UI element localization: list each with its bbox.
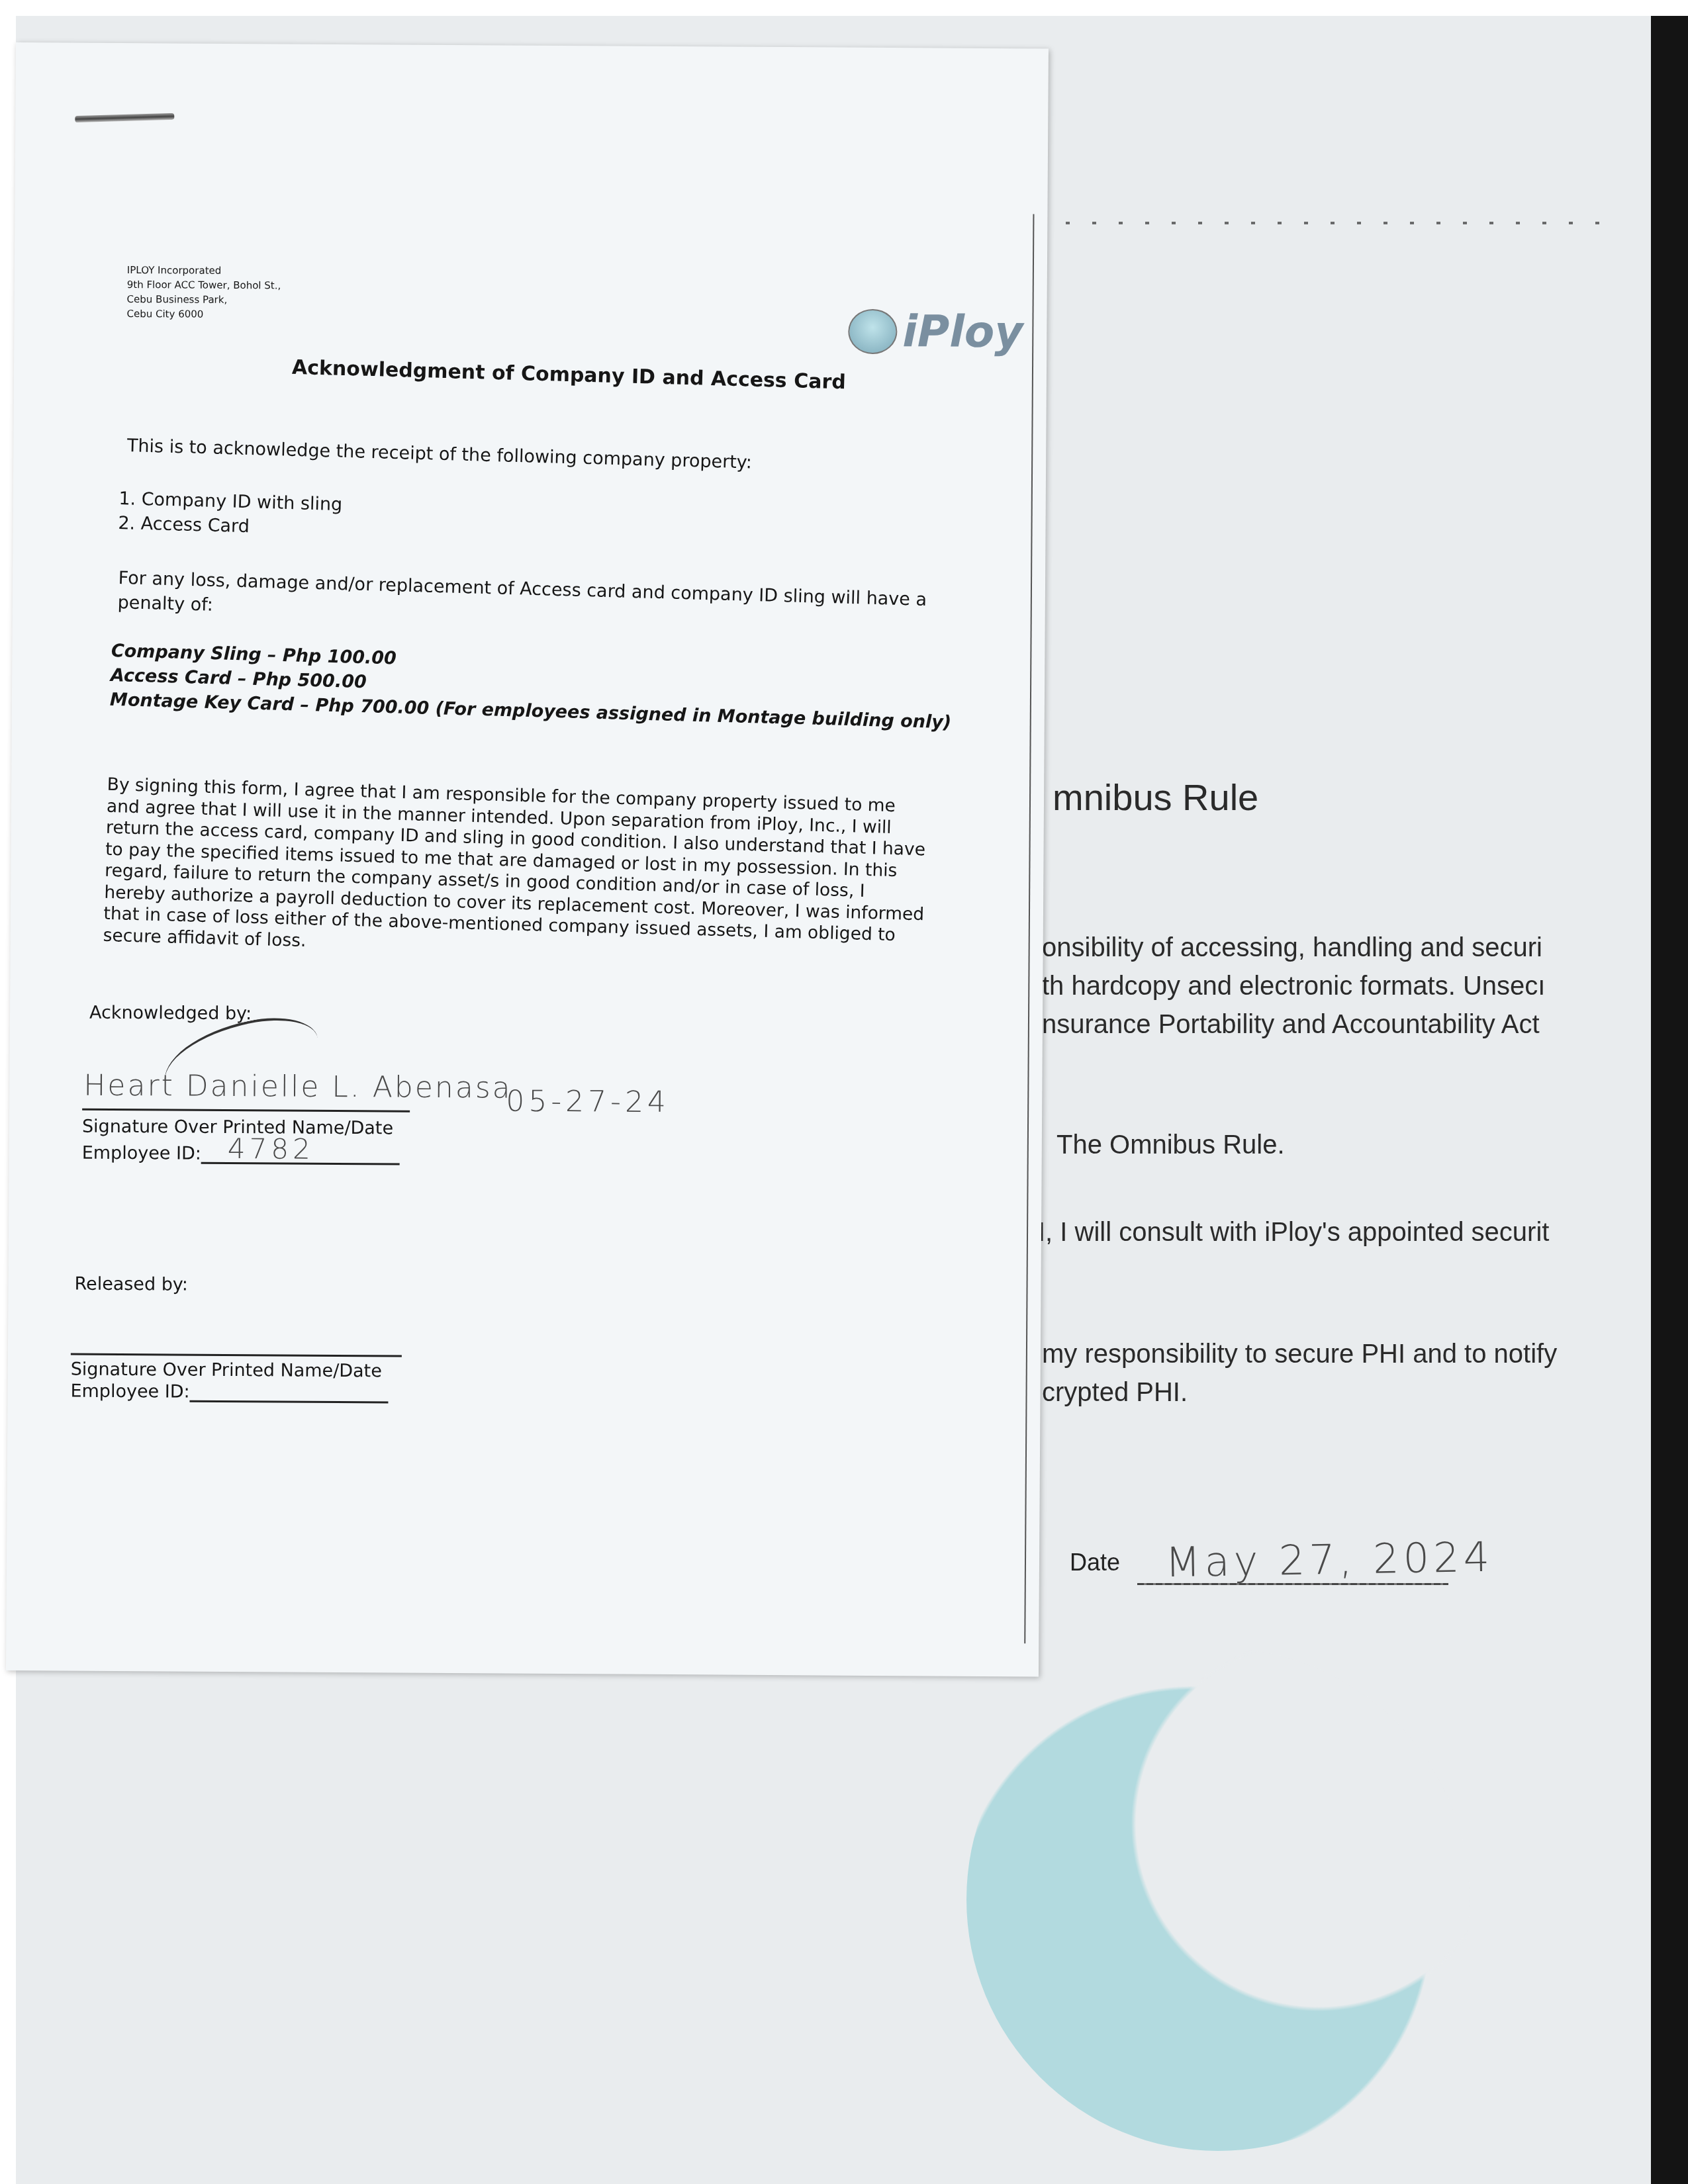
address-line: Cebu Business Park, [127, 292, 281, 307]
agreement-text: By signing this form, I agree that I am … [103, 774, 928, 968]
address-line: 9th Floor ACC Tower, Bohol St., [127, 277, 281, 293]
background-line: nsurance Portability and Accountability … [1042, 1010, 1540, 1040]
property-list: 1. Company ID with sling 2. Access Card [118, 486, 343, 541]
date-label: Date [1070, 1549, 1120, 1576]
scanner-edge [1651, 16, 1688, 2184]
background-line: The Omnibus Rule. [1056, 1130, 1285, 1160]
background-title: mnibus Rule [1053, 776, 1258, 819]
logo-wordmark: iPloy [902, 306, 1023, 357]
background-line: onsibility of accessing, handling and se… [1042, 933, 1542, 963]
employee-id-value: 4782 [228, 1132, 314, 1165]
employee-id-row: Employee ID: [70, 1380, 428, 1404]
faded-text-row [1039, 222, 1602, 224]
background-line: my responsibility to secure PHI and to n… [1042, 1340, 1557, 1369]
penalty-intro: For any loss, damage and/or replacement … [117, 566, 972, 638]
background-line: I, I will consult with iPloy's appointed… [1038, 1218, 1549, 1248]
released-by-label: Released by: [74, 1274, 188, 1295]
handwritten-date: May 27, 2024 [1164, 1533, 1493, 1587]
penalty-list: Company Sling – Php 100.00 Access Card –… [109, 639, 953, 735]
background-line: th hardcopy and electronic formats. Unse… [1042, 972, 1545, 1001]
page-edge-line [1024, 214, 1034, 1643]
employee-id-label: Employee ID: [82, 1143, 201, 1164]
background-line: crypted PHI. [1042, 1378, 1188, 1408]
acknowledged-by-label: Acknowledged by: [89, 1003, 252, 1024]
signature-line [82, 1109, 410, 1113]
staple-icon [75, 113, 174, 122]
employee-id-field [190, 1381, 389, 1404]
globe-logo-icon [848, 308, 897, 353]
employee-id-label: Employee ID: [70, 1381, 189, 1402]
address-line: IPLOY Incorporated [127, 263, 281, 278]
company-logo: iPloy [848, 306, 1023, 358]
address-line: Cebu City 6000 [126, 306, 281, 322]
acknowledgment-form: IPLOY Incorporated 9th Floor ACC Tower, … [6, 42, 1049, 1676]
released-signature-block: Signature Over Printed Name/Date Employe… [70, 1353, 428, 1404]
intro-text: This is to acknowledge the receipt of th… [126, 433, 752, 475]
page-title: Acknowledgment of Company ID and Access … [292, 356, 847, 394]
globe-watermark-icon [966, 1648, 1470, 2151]
employee-id-row: Employee ID: 4782 [82, 1139, 400, 1165]
signer-name: Heart Danielle L. Abenasa [83, 1069, 512, 1105]
signature-caption: Signature Over Printed Name/Date [71, 1359, 428, 1382]
acknowledged-signature-block: Heart Danielle L. Abenasa 05-27-24 Signa… [81, 1062, 678, 1185]
employee-id-field: 4782 [201, 1140, 400, 1165]
company-address: IPLOY Incorporated 9th Floor ACC Tower, … [126, 263, 281, 322]
signed-date: 05-27-24 [506, 1085, 670, 1120]
signature-line [71, 1353, 402, 1357]
